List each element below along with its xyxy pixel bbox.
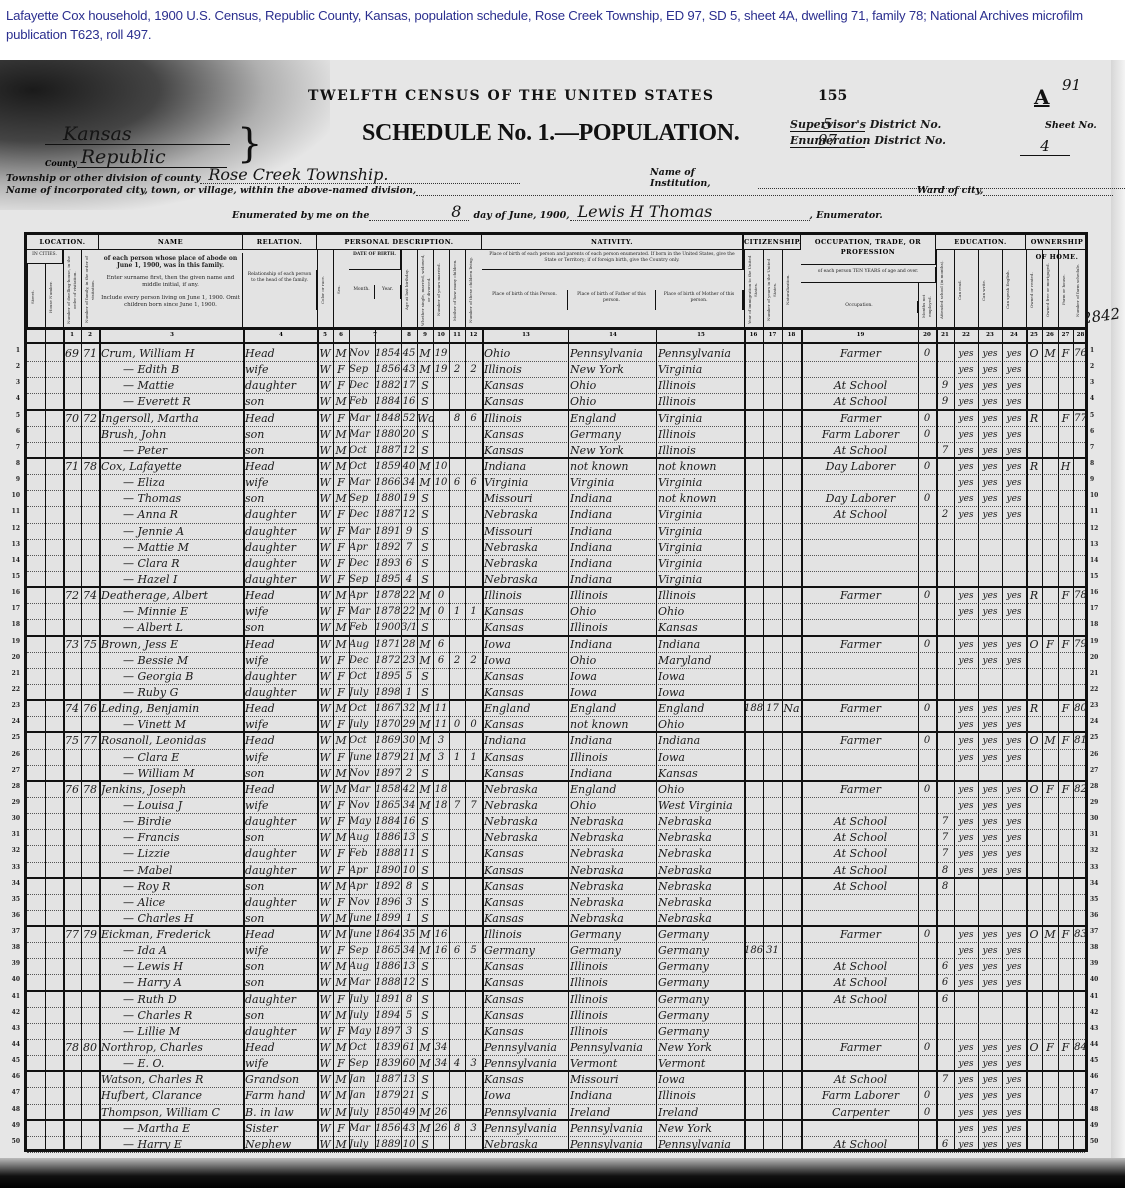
cell-mother: not known [658, 491, 744, 507]
cell-year: 1850 [375, 1105, 401, 1121]
cell-father: England [570, 701, 656, 717]
cell-dwelling: 77 [63, 927, 81, 943]
line-number: 26 [2, 747, 20, 763]
cell-farm: F [1058, 1040, 1073, 1056]
cell-father: Pennsylvania [570, 1121, 656, 1137]
cell-name: Brush, John [101, 427, 243, 443]
cell-marital: M [417, 1040, 433, 1056]
header-naturalization: Naturalization. [782, 250, 801, 330]
cell-occupation: Farmer [803, 927, 918, 943]
table-row: — E. O.wifeWFSep183960M3443PennsylvaniaV… [27, 1056, 1085, 1072]
cell-occupation: At School [803, 879, 918, 895]
cell-age: 22 [401, 588, 417, 604]
cell-year: 1896 [375, 895, 401, 911]
cell-mother: Indiana [658, 733, 744, 749]
line-number: 37 [2, 924, 20, 940]
column-rule [918, 330, 919, 1149]
cell-father: Illinois [570, 992, 656, 1008]
cell-mother: Illinois [658, 1088, 744, 1104]
cell-speak: yes [1002, 459, 1026, 475]
cell-year: 1858 [375, 782, 401, 798]
table-row: 6971Crum, William HHeadWMNov185445M19Ohi… [27, 346, 1085, 362]
cell-sex: F [333, 992, 349, 1008]
cell-birth: Kansas [484, 685, 568, 701]
header-occupation-col: Occupation. [801, 301, 918, 313]
line-number: 7 [1090, 440, 1108, 456]
line-number: 13 [2, 537, 20, 553]
cell-color: W [317, 604, 333, 620]
column-rule [1026, 330, 1028, 1149]
cell-mother-of: 6 [449, 943, 465, 959]
cell-age: 17 [401, 378, 417, 394]
cell-month: July [349, 992, 375, 1008]
cell-month: Dec [349, 653, 375, 669]
column-number: 12 [465, 332, 482, 338]
cell-age: 3 [401, 1024, 417, 1040]
header-attended: Attended school (in months). [936, 250, 954, 330]
cell-month: May [349, 1024, 375, 1040]
cell-read: yes [954, 1056, 978, 1072]
city-field: Name of incorporated city, town, or vill… [6, 185, 956, 196]
cell-sex: F [333, 814, 349, 830]
cell-relation: daughter [245, 846, 317, 862]
cell-color: W [317, 540, 333, 556]
cell-month: Oct [349, 669, 375, 685]
cell-marital: S [417, 394, 433, 410]
schedule-title: SCHEDULE No. 1.—POPULATION. [362, 120, 740, 147]
column-rule [482, 330, 484, 1149]
cell-relation: Farm hand [245, 1088, 317, 1104]
cell-relation: daughter [245, 572, 317, 588]
header-birth-mother: Place of birth of Mother of this person. [656, 290, 744, 310]
cell-age: 22 [401, 604, 417, 620]
cell-marital: M [417, 943, 433, 959]
cell-year: 1839 [375, 1056, 401, 1072]
line-number: 46 [2, 1069, 20, 1085]
cell-write: yes [978, 750, 1002, 766]
cell-name: — E. O. [101, 1056, 243, 1072]
cell-farm: F [1058, 733, 1073, 749]
cell-unemployed: 0 [918, 491, 936, 507]
line-number: 28 [1090, 779, 1108, 795]
cell-month: Aug [349, 959, 375, 975]
cell-yrs-married: 18 [433, 798, 449, 814]
cell-age: 13 [401, 1072, 417, 1088]
cell-year: 1895 [375, 669, 401, 685]
cell-occupation: At School [803, 830, 918, 846]
cell-mother: Illinois [658, 443, 744, 459]
line-number: 19 [1090, 634, 1108, 650]
cell-speak: yes [1002, 975, 1026, 991]
cell-age: 13 [401, 830, 417, 846]
cell-nat: Na [782, 701, 801, 717]
table-row: — Mattie MdaughterWFApr18927SNebraskaInd… [27, 540, 1085, 556]
header-personal: PERSONAL DESCRIPTION. [317, 235, 482, 250]
cell-birth: Kansas [484, 766, 568, 782]
table-row: — Harry ENephewWMJuly188910SNebraskaPenn… [27, 1137, 1085, 1153]
header-sex: Sex. [333, 250, 349, 330]
cell-father: Indiana [570, 766, 656, 782]
cell-write: yes [978, 1040, 1002, 1056]
line-number: 24 [1090, 714, 1108, 730]
cell-age: 16 [401, 814, 417, 830]
cell-school: 6 [936, 959, 954, 975]
cell-month: July [349, 717, 375, 733]
cell-marital: M [417, 717, 433, 733]
cell-mother: Germany [658, 992, 744, 1008]
cell-unemployed: 0 [918, 1105, 936, 1121]
cell-write: yes [978, 782, 1002, 798]
cell-mother: Germany [658, 975, 744, 991]
cell-age: 34 [401, 943, 417, 959]
cell-sex: F [333, 895, 349, 911]
cell-occupation: At School [803, 846, 918, 862]
cell-speak: yes [1002, 863, 1026, 879]
cell-year: 1895 [375, 572, 401, 588]
cell-unemployed: 0 [918, 1088, 936, 1104]
cell-occupation: At School [803, 959, 918, 975]
line-number: 44 [1090, 1037, 1108, 1053]
cell-sex: M [333, 637, 349, 653]
line-number: 39 [1090, 956, 1108, 972]
cell-birth: Missouri [484, 524, 568, 540]
cell-father: Indiana [570, 540, 656, 556]
column-number: 26 [1042, 332, 1058, 338]
cell-owned: O [1026, 346, 1042, 362]
cell-color: W [317, 895, 333, 911]
cell-marital: M [417, 1105, 433, 1121]
cell-name: — Bessie M [101, 653, 243, 669]
line-number: 20 [2, 650, 20, 666]
column-rule [978, 330, 979, 1149]
cell-relation: son [245, 394, 317, 410]
table-row: Thompson, William CB. in lawWMJuly185049… [27, 1105, 1085, 1121]
header-can-write: Can write. [978, 250, 1002, 330]
enumeration-value: 97 [790, 133, 865, 148]
cell-marital: S [417, 1008, 433, 1024]
line-number: 3 [2, 375, 20, 391]
cell-speak: yes [1002, 1121, 1026, 1137]
line-number: 22 [1090, 682, 1108, 698]
cell-year: 1892 [375, 540, 401, 556]
cell-read: yes [954, 943, 978, 959]
cell-sex: M [333, 975, 349, 991]
cell-color: W [317, 572, 333, 588]
line-number: 34 [2, 876, 20, 892]
cell-year: 1878 [375, 604, 401, 620]
cell-father: Indiana [570, 556, 656, 572]
census-sheet: TWELFTH CENSUS OF THE UNITED STATES 155 … [0, 60, 1125, 1188]
table-row: — Anna RdaughterWFDec188712SNebraskaIndi… [27, 507, 1085, 523]
cell-marital: M [417, 750, 433, 766]
cell-owned: O [1026, 927, 1042, 943]
sheet-handwritten-number: 91 [1062, 76, 1081, 94]
column-rule [744, 330, 746, 1149]
cell-father: Illinois [570, 975, 656, 991]
cell-read: yes [954, 507, 978, 523]
cell-speak: yes [1002, 1056, 1026, 1072]
cell-father: Indiana [570, 507, 656, 523]
cell-father: not known [570, 717, 656, 733]
line-number: 2 [2, 359, 20, 375]
cell-age: 1 [401, 685, 417, 701]
cell-read: yes [954, 830, 978, 846]
header-location: LOCATION. [27, 235, 99, 250]
cell-name: — Hazel I [101, 572, 243, 588]
cell-marital: S [417, 846, 433, 862]
cell-color: W [317, 653, 333, 669]
cell-write: yes [978, 943, 1002, 959]
enumerated-day: 8 [369, 204, 469, 221]
column-number: 22 [954, 332, 978, 338]
cell-marital: M [417, 701, 433, 717]
cell-mother: Iowa [658, 1072, 744, 1088]
cell-sex: M [333, 1088, 349, 1104]
column-rule [417, 330, 418, 1149]
sheet-no-label: Sheet No. [1045, 120, 1097, 131]
cell-month: June [349, 927, 375, 943]
line-number: 27 [1090, 763, 1108, 779]
line-number: 1 [1090, 343, 1108, 359]
cell-marital: S [417, 830, 433, 846]
cell-relation: B. in law [245, 1105, 317, 1121]
cell-occupation: Farm Laborer [803, 1088, 918, 1104]
cell-write: yes [978, 491, 1002, 507]
cell-birth: Nebraska [484, 507, 568, 523]
cell-year: 1900 [375, 620, 401, 636]
cell-relation: wife [245, 943, 317, 959]
table-row: 7577Rosanoll, LeonidasHeadWMOct186930M3I… [27, 733, 1085, 749]
cell-farm: F [1058, 411, 1073, 427]
cell-age: 12 [401, 507, 417, 523]
cell-sex: M [333, 1008, 349, 1024]
line-number: 30 [1090, 811, 1108, 827]
cell-color: W [317, 846, 333, 862]
cell-birth: Iowa [484, 637, 568, 653]
header-street: Street. [27, 264, 45, 330]
column-number: 17 [763, 332, 782, 338]
cell-read: yes [954, 975, 978, 991]
line-number: 12 [1090, 521, 1108, 537]
cell-month: Mar [349, 975, 375, 991]
cell-schedule: 77 [1073, 411, 1088, 427]
cell-relation: daughter [245, 556, 317, 572]
cell-year: 1887 [375, 443, 401, 459]
cell-sex: M [333, 879, 349, 895]
cell-write: yes [978, 394, 1002, 410]
ward-field: Ward of city, [917, 185, 1113, 196]
cell-father: Nebraska [570, 911, 656, 927]
cell-year: 1888 [375, 846, 401, 862]
table-row: — Ruth DdaughterWFJuly18918SKansasIllino… [27, 992, 1085, 1008]
cell-birth: Virginia [484, 475, 568, 491]
header-family: Number of family, in the order of visita… [81, 250, 99, 330]
cell-father: Nebraska [570, 879, 656, 895]
cell-marital: M [417, 653, 433, 669]
column-number: 20 [918, 332, 936, 338]
cell-marital: S [417, 1072, 433, 1088]
cell-read: yes [954, 362, 978, 378]
cell-mother: Germany [658, 943, 744, 959]
cell-speak: yes [1002, 717, 1026, 733]
cell-mother: Nebraska [658, 814, 744, 830]
cell-year: 1856 [375, 1121, 401, 1137]
table-header: LOCATION. NAME RELATION. PERSONAL DESCRI… [27, 235, 1085, 330]
line-number: 48 [1090, 1102, 1108, 1118]
cell-yrs-married: 6 [433, 653, 449, 669]
table-row: — MattiedaughterWFDec188217SKansasOhioIl… [27, 378, 1085, 394]
cell-relation: wife [245, 1056, 317, 1072]
cell-month: Nov [349, 766, 375, 782]
cell-speak: yes [1002, 814, 1026, 830]
cell-speak: yes [1002, 378, 1026, 394]
table-row: — AlicedaughterWFNov18963SKansasNebraska… [27, 895, 1085, 911]
cell-yrs-married: 6 [433, 637, 449, 653]
cell-father: Ohio [570, 394, 656, 410]
cell-birth: Kansas [484, 879, 568, 895]
cell-birth: Kansas [484, 1008, 568, 1024]
cell-speak: yes [1002, 927, 1026, 943]
cell-mother: Virginia [658, 411, 744, 427]
table-row: 7476Leding, BenjaminHeadWMOct186732M11En… [27, 701, 1085, 717]
cell-write: yes [978, 427, 1002, 443]
table-row: — Clara RdaughterWFDec18936SNebraskaIndi… [27, 556, 1085, 572]
cell-year: 1879 [375, 1088, 401, 1104]
cell-relation: daughter [245, 507, 317, 523]
cell-living: 6 [465, 475, 482, 491]
cell-speak: yes [1002, 1072, 1026, 1088]
cell-yrs-married: 34 [433, 1040, 449, 1056]
cell-read: yes [954, 459, 978, 475]
cell-age: 23 [401, 653, 417, 669]
cell-school: 7 [936, 1072, 954, 1088]
cell-read: yes [954, 733, 978, 749]
table-row: — ElizawifeWFMar186634M1066VirginiaVirgi… [27, 475, 1085, 491]
column-number: 27 [1058, 332, 1073, 338]
cell-color: W [317, 766, 333, 782]
line-number: 42 [2, 1005, 20, 1021]
table-row: — ThomassonWMSep188019SMissouriIndianano… [27, 491, 1085, 507]
cell-mother: Illinois [658, 427, 744, 443]
cell-name: — Anna R [101, 507, 243, 523]
cell-yrs-married: 3 [433, 733, 449, 749]
cell-month: July [349, 685, 375, 701]
cell-color: W [317, 394, 333, 410]
line-number: 21 [1090, 666, 1108, 682]
cell-write: yes [978, 346, 1002, 362]
cell-occupation: At School [803, 378, 918, 394]
cell-year: 1890 [375, 863, 401, 879]
cell-month: Feb [349, 394, 375, 410]
cell-color: W [317, 992, 333, 1008]
enumerated-field: Enumerated by me on the 8 day of June, 1… [232, 204, 883, 221]
cell-year: 1882 [375, 378, 401, 394]
table-row: — Lewis HsonWMAug188613SKansasIllinoisGe… [27, 959, 1085, 975]
cell-read: yes [954, 491, 978, 507]
cell-imm: 1883 [744, 701, 763, 717]
cell-birth: Illinois [484, 362, 568, 378]
line-number: 19 [2, 634, 20, 650]
scan-bottom-edge [0, 1158, 1125, 1188]
cell-age: 45 [401, 346, 417, 362]
cell-color: W [317, 669, 333, 685]
cell-owned: R [1026, 411, 1042, 427]
line-number: 33 [2, 860, 20, 876]
cell-relation: daughter [245, 524, 317, 540]
table-row: 7678Jenkins, JosephHeadWMMar185842M18Neb… [27, 782, 1085, 798]
cell-sex: M [333, 491, 349, 507]
cell-father: Ohio [570, 653, 656, 669]
cell-occupation: Farmer [803, 411, 918, 427]
cell-birth: Kansas [484, 717, 568, 733]
cell-write: yes [978, 1137, 1002, 1153]
cell-yrs-married: 16 [433, 927, 449, 943]
cell-school: 7 [936, 814, 954, 830]
column-number: 2 [81, 332, 99, 338]
column-rule [349, 330, 350, 1149]
cell-write: yes [978, 863, 1002, 879]
cell-speak: yes [1002, 507, 1026, 523]
cell-farm: F [1058, 588, 1073, 604]
cell-living: 6 [465, 411, 482, 427]
cell-marital: S [417, 540, 433, 556]
cell-age: 1 [401, 911, 417, 927]
cell-speak: yes [1002, 733, 1026, 749]
table-row: — Everett RsonWMFeb188416SKansasOhioIlli… [27, 394, 1085, 410]
header-years-married: Number of years married. [433, 250, 449, 330]
header-education: EDUCATION. [936, 235, 1026, 250]
cell-write: yes [978, 588, 1002, 604]
column-number: 8 [401, 332, 417, 338]
cell-name: Deatherage, Albert [101, 588, 243, 604]
cell-farm: F [1058, 927, 1073, 943]
cell-month: Oct [349, 443, 375, 459]
cell-year: 1865 [375, 943, 401, 959]
cell-relation: wife [245, 604, 317, 620]
page-number: 155 [818, 88, 847, 104]
line-number: 15 [2, 569, 20, 585]
table-row: 7880Northrop, CharlesHeadWMOct183961M34P… [27, 1040, 1085, 1056]
cell-relation: son [245, 766, 317, 782]
cell-read: yes [954, 427, 978, 443]
cell-father: Vermont [570, 1056, 656, 1072]
table-row: — MabeldaughterWFApr189010SKansasNebrask… [27, 863, 1085, 879]
document-caption: Lafayette Cox household, 1900 U.S. Censu… [6, 6, 1116, 44]
cell-father: Nebraska [570, 814, 656, 830]
cell-father: Illinois [570, 750, 656, 766]
cell-occupation: Farmer [803, 588, 918, 604]
cell-mother: Virginia [658, 540, 744, 556]
column-rule [954, 330, 955, 1149]
cell-relation: Grandson [245, 1072, 317, 1088]
cell-year: 1854 [375, 346, 401, 362]
cell-read: yes [954, 927, 978, 943]
cell-mother: Iowa [658, 685, 744, 701]
cell-school: 8 [936, 879, 954, 895]
cell-year: 1884 [375, 394, 401, 410]
sheet-no-value: 4 [1020, 137, 1070, 156]
cell-father: not known [570, 459, 656, 475]
cell-relation: Head [245, 346, 317, 362]
cell-dwelling: 70 [63, 411, 81, 427]
column-rule [63, 330, 65, 1149]
table-row: — Harry AsonWMMar188812SKansasIllinoisGe… [27, 975, 1085, 991]
cell-relation: daughter [245, 863, 317, 879]
cell-birth: Indiana [484, 733, 568, 749]
cell-birth: Kansas [484, 620, 568, 636]
cell-color: W [317, 830, 333, 846]
cell-marital: S [417, 879, 433, 895]
